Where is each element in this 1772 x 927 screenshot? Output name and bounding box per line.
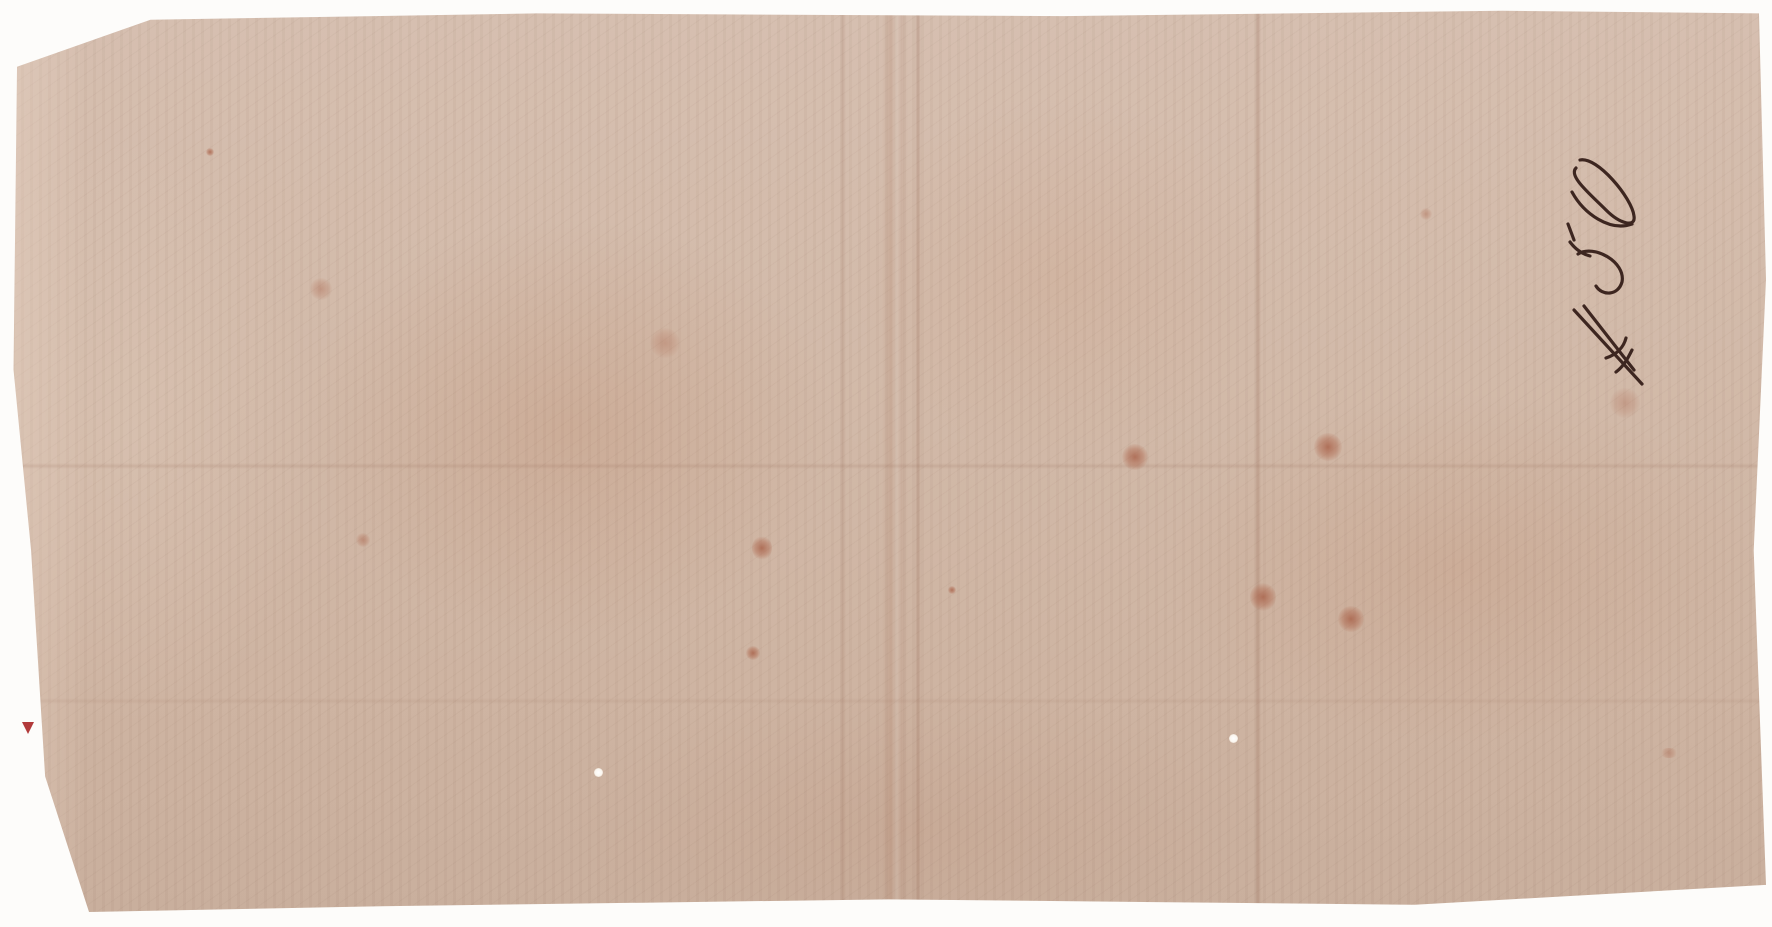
pinhole — [594, 768, 603, 777]
foxing-spot — [1122, 444, 1148, 470]
foxing-spot — [356, 533, 370, 547]
foxing-spot — [1314, 433, 1342, 461]
foxing-spot — [1338, 606, 1364, 632]
scan-background: #50 — [0, 0, 1772, 927]
left-crease — [840, 8, 846, 912]
foxing-spot — [948, 586, 956, 594]
foxing-spot — [746, 646, 760, 660]
foxing-spot — [752, 536, 772, 560]
handwritten-annotation: #50 — [1562, 158, 1652, 388]
right-fold — [1255, 8, 1261, 912]
pinhole — [1229, 734, 1238, 743]
foxing-spot — [206, 148, 214, 156]
center-fold — [882, 8, 908, 912]
foxing-spot — [1250, 583, 1276, 611]
pinhole — [1576, 906, 1585, 915]
lower-crease — [10, 698, 1766, 704]
foxing-spot — [1610, 388, 1640, 418]
foxing-spot — [310, 278, 332, 300]
foxing-spot — [1660, 748, 1678, 758]
horizontal-crease — [10, 463, 1766, 469]
handwritten-number-50-glyph — [1562, 158, 1652, 388]
foxing-spot — [650, 328, 680, 358]
paper-left-margin — [10, 8, 80, 912]
paper-note-reverse: #50 — [10, 8, 1766, 912]
foxing-spot — [1420, 208, 1432, 220]
center-fold-crease — [915, 8, 921, 912]
red-ink-mark — [22, 722, 34, 734]
